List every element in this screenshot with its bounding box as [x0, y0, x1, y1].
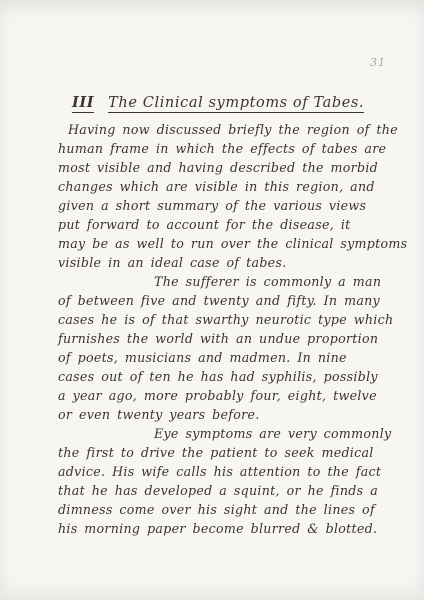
section-heading: III The Clinical symptoms of Tabes.: [72, 94, 390, 113]
manuscript-line: of between five and twenty and fifty. In…: [58, 291, 390, 310]
manuscript-line: that he has developed a squint, or he fi…: [58, 481, 390, 500]
manuscript-line: Having now discussed briefly the region …: [58, 120, 390, 139]
section-numeral: III: [72, 94, 94, 113]
manuscript-line: a year ago, more probably four, eight, t…: [58, 386, 390, 405]
page-number: 31: [370, 56, 386, 69]
manuscript-line: the first to drive the patient to seek m…: [58, 443, 390, 462]
manuscript-line: cases he is of that swarthy neurotic typ…: [58, 310, 390, 329]
manuscript-line: his morning paper become blurred & blott…: [58, 519, 390, 538]
manuscript-line: of poets, musicians and madmen. In nine: [58, 348, 390, 367]
manuscript-body: Having now discussed briefly the region …: [58, 120, 390, 538]
manuscript-line: Eye symptoms are very commonly: [58, 424, 390, 443]
manuscript-line: given a short summary of the various vie…: [58, 196, 390, 215]
manuscript-line: cases out of ten he has had syphilis, po…: [58, 367, 390, 386]
section-title: The Clinical symptoms of Tabes.: [108, 95, 364, 113]
manuscript-line: or even twenty years before.: [58, 405, 390, 424]
manuscript-line: The sufferer is commonly a man: [58, 272, 390, 291]
manuscript-line: human frame in which the effects of tabe…: [58, 139, 390, 158]
manuscript-line: furnishes the world with an undue propor…: [58, 329, 390, 348]
manuscript-line: changes which are visible in this region…: [58, 177, 390, 196]
manuscript-text-block: III The Clinical symptoms of Tabes. Havi…: [58, 94, 390, 538]
manuscript-line: visible in an ideal case of tabes.: [58, 253, 390, 272]
manuscript-line: may be as well to run over the clinical …: [58, 234, 390, 253]
manuscript-line: put forward to account for the disease, …: [58, 215, 390, 234]
manuscript-line: advice. His wife calls his attention to …: [58, 462, 390, 481]
manuscript-page: 31 III The Clinical symptoms of Tabes. H…: [0, 0, 424, 600]
manuscript-line: dimness come over his sight and the line…: [58, 500, 390, 519]
manuscript-line: most visible and having described the mo…: [58, 158, 390, 177]
